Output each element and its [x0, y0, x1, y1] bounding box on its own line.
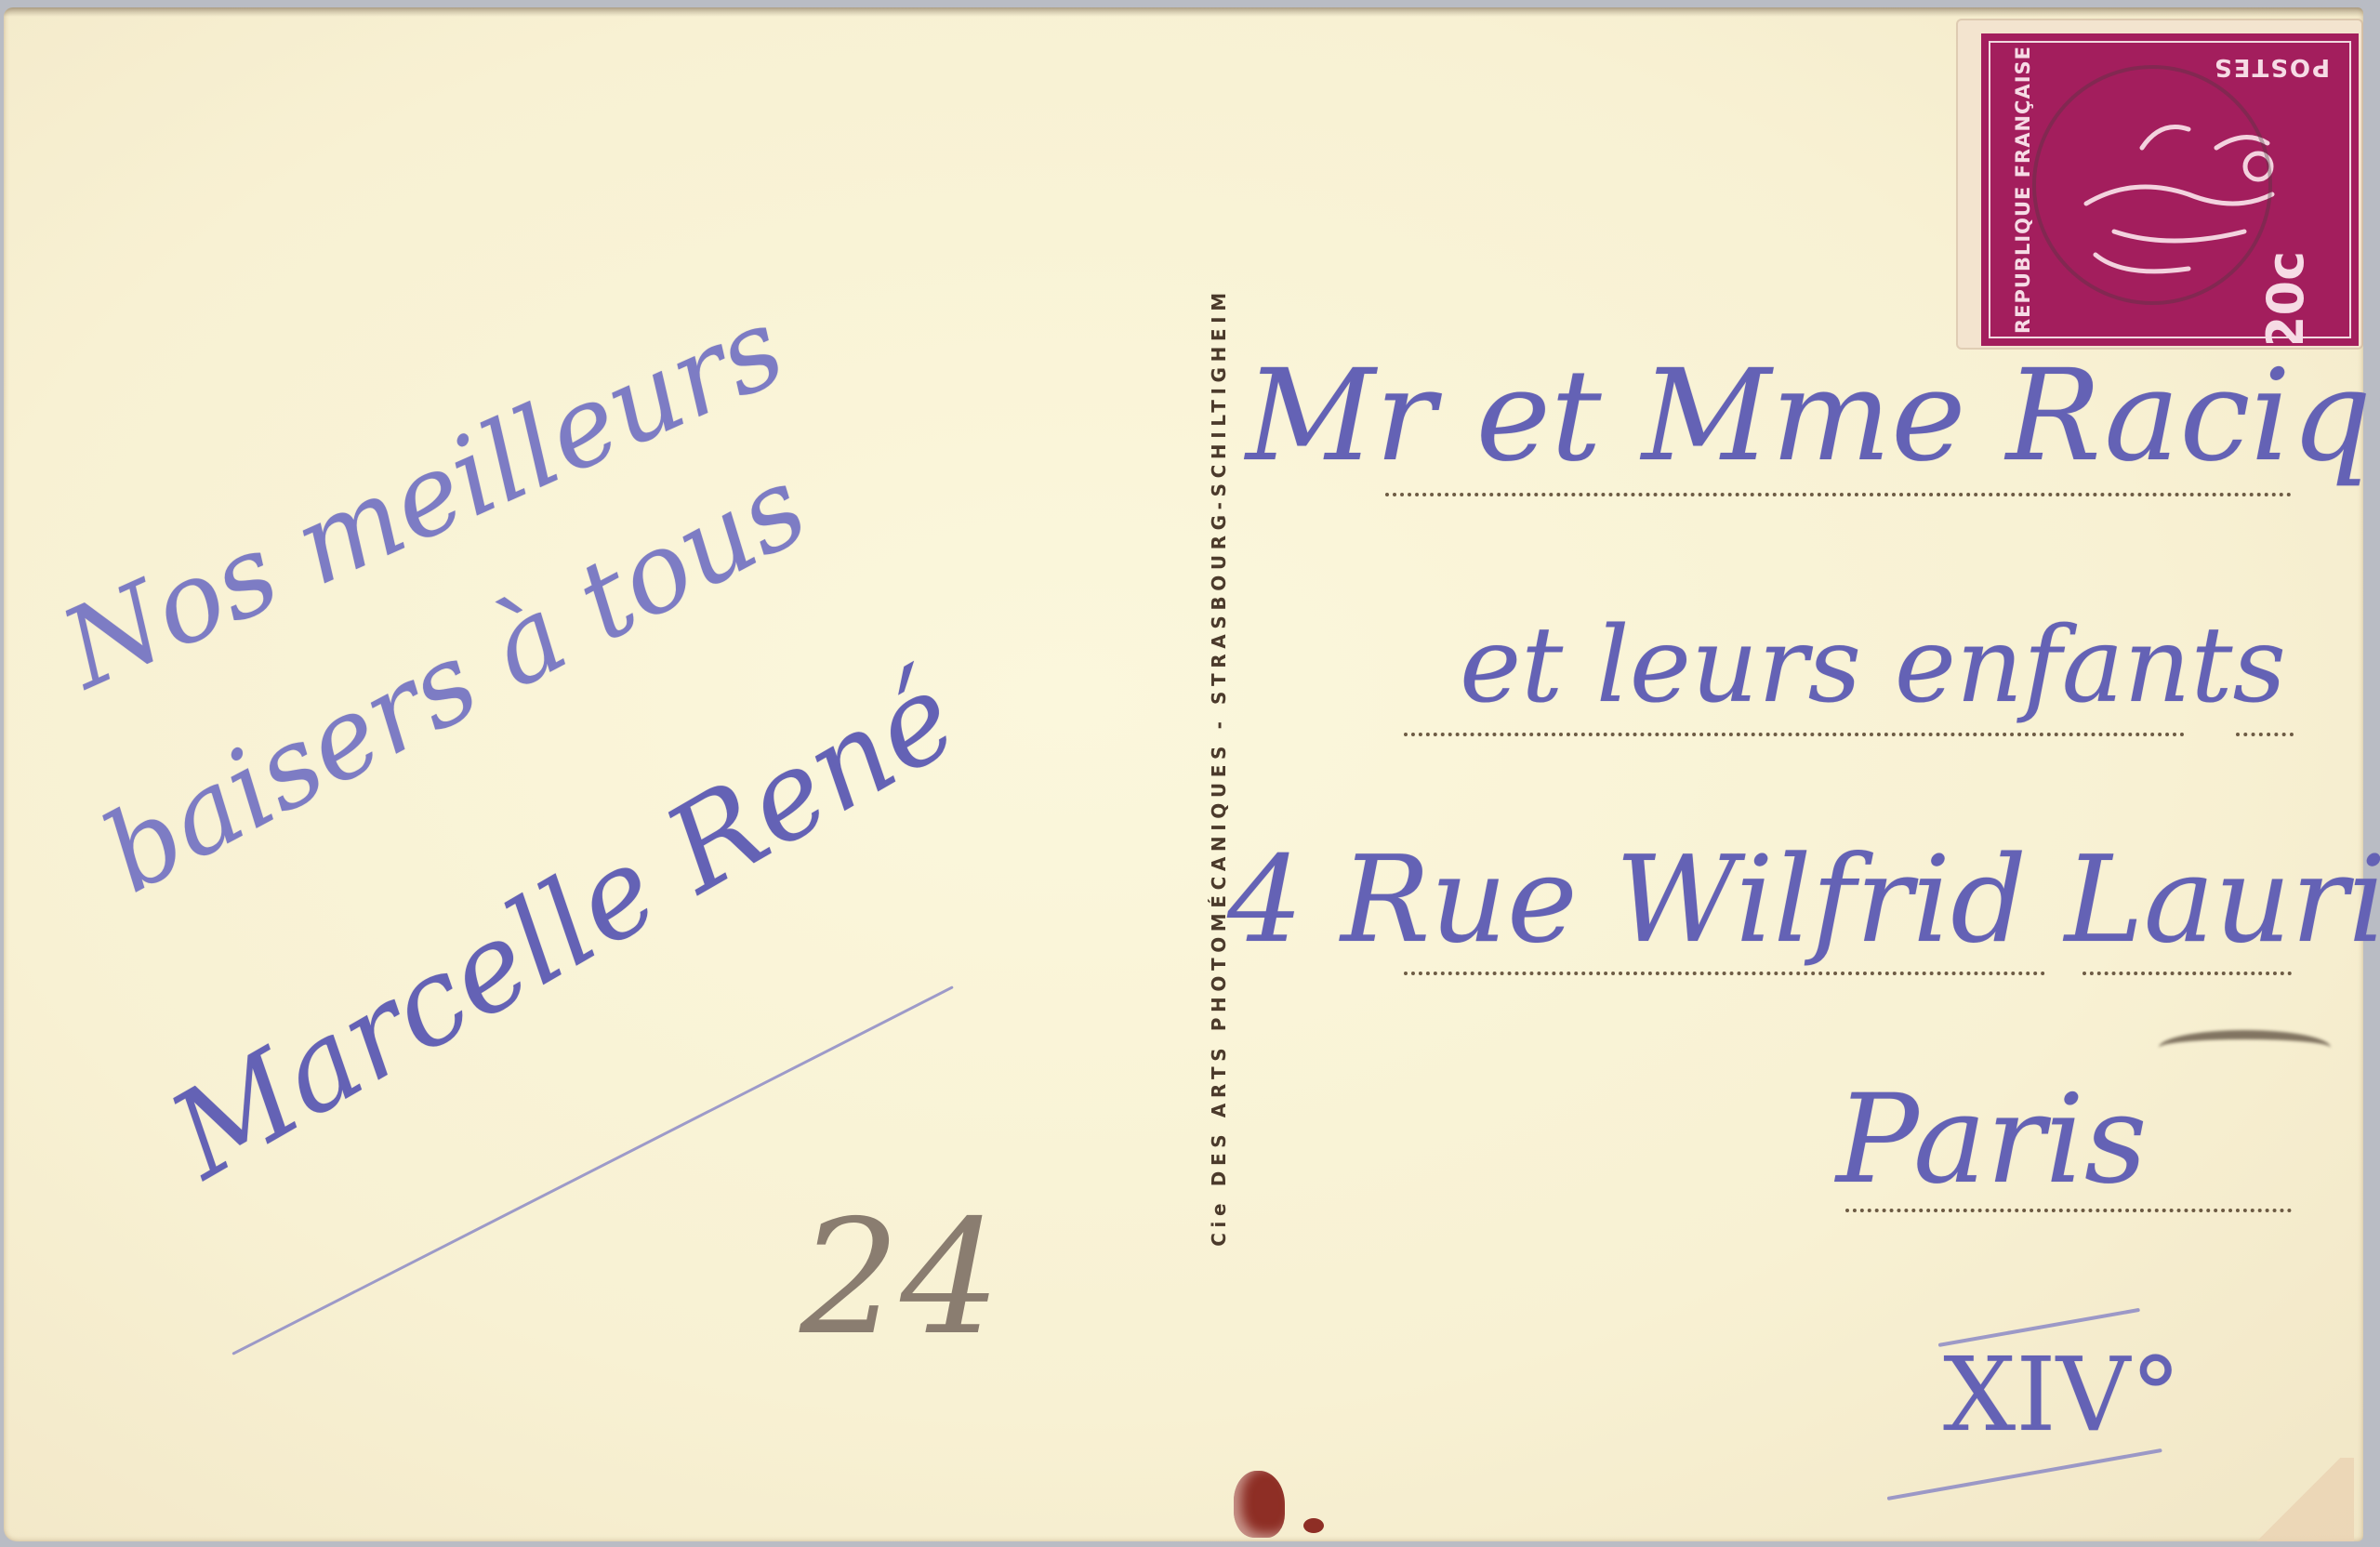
- address-rule-2a: [1404, 733, 2185, 736]
- address-rule-1: [1385, 493, 2292, 496]
- address-rule-3a: [1404, 972, 2045, 975]
- stamp-country: REPUBLIQUE FRANÇAISE: [2012, 46, 2034, 334]
- address-line-4: Paris: [1836, 1078, 2148, 1201]
- address-line-1: Mr et Mme Raciquot: [1246, 353, 2380, 480]
- address-line-2: et leurs enfants: [1460, 614, 2286, 718]
- printer-credit: Cie DES ARTS PHOTOMÉCANIQUES - STRASBOUR…: [1205, 223, 1233, 1311]
- address-rule-4: [1845, 1209, 2292, 1212]
- red-wax-dot: [1303, 1518, 1324, 1533]
- printer-credit-text: Cie DES ARTS PHOTOMÉCANIQUES - STRASBOUR…: [1208, 287, 1230, 1246]
- corner-crease: [2242, 1458, 2354, 1541]
- red-wax-blot: [1234, 1471, 1285, 1538]
- address-rule-2b: [2236, 733, 2294, 736]
- card-edge-shadow: [4, 7, 2363, 17]
- address-line-5: XIV°: [1943, 1343, 2181, 1446]
- stamp-postes: POSTES: [2213, 53, 2330, 81]
- postmark: [2032, 65, 2272, 305]
- ink-smudge: [2159, 1030, 2331, 1065]
- stamp-value: 20c: [2256, 251, 2315, 346]
- address-line-3: 4 Rue Wilfrid Laurier: [1227, 841, 2380, 960]
- address-rule-3b: [2082, 972, 2292, 975]
- pencil-note: 24: [800, 1199, 1000, 1357]
